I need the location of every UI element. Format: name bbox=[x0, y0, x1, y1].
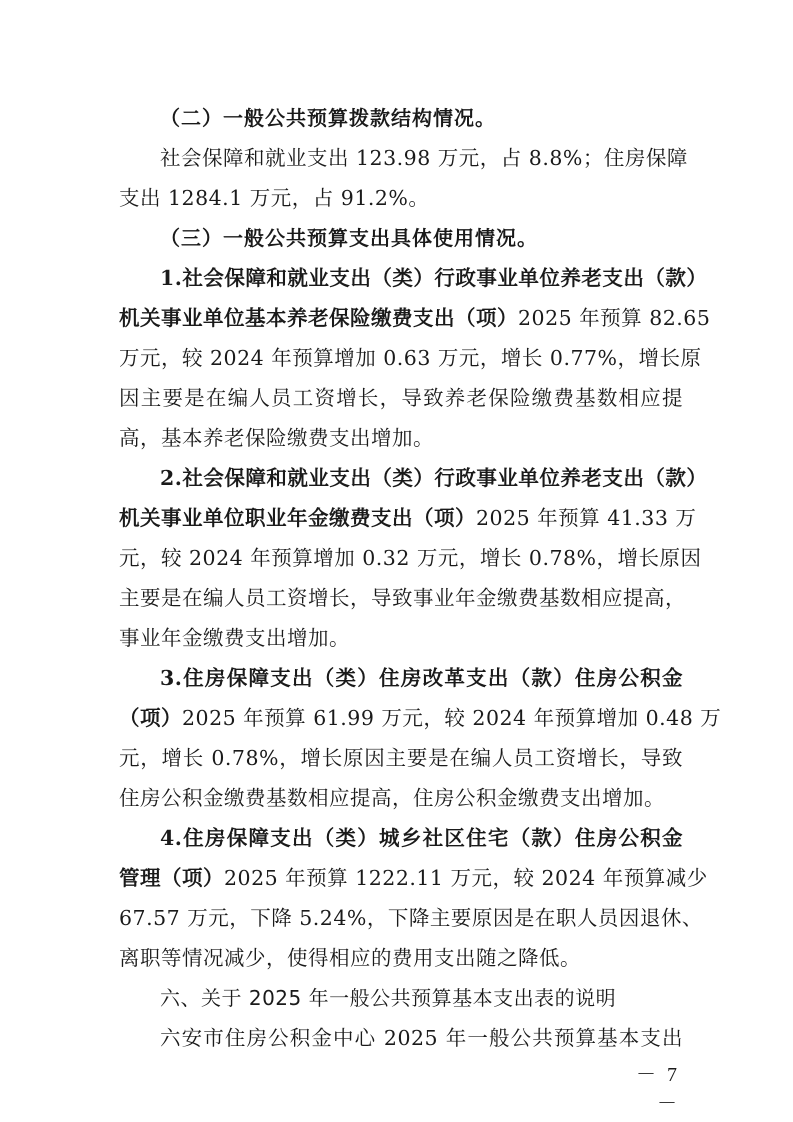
item-4-budget: 2025 年预算 1222.11 万元，较 2024 年预算减少 bbox=[224, 866, 708, 890]
paragraph-line: 事业年金缴费支出增加。 bbox=[119, 618, 683, 658]
paragraph-line: 因主要是在编人员工资增长，导致养老保险缴费基数相应提 bbox=[119, 378, 683, 418]
item-2-mixed-line: 机关事业单位职业年金缴费支出（项）2025 年预算 41.33 万 bbox=[119, 498, 683, 538]
item-3-budget: 2025 年预算 61.99 万元，较 2024 年预算增加 0.48 万 bbox=[182, 706, 721, 730]
paragraph-line: 67.57 万元，下降 5.24%，下降主要原因是在职人员因退休、 bbox=[119, 898, 683, 938]
item-3-subtitle: （项） bbox=[119, 706, 182, 730]
section-heading-budget-structure: （二）一般公共预算拨款结构情况。 bbox=[160, 98, 683, 138]
item-2-subtitle: 机关事业单位职业年金缴费支出（项） bbox=[119, 506, 476, 530]
item-4-title: 4.住房保障支出（类）城乡社区住宅（款）住房公积金 bbox=[160, 818, 683, 858]
page-number: － 7 － bbox=[610, 1058, 680, 1116]
document-page: （二）一般公共预算拨款结构情况。 社会保障和就业支出 123.98 万元，占 8… bbox=[0, 0, 793, 1122]
paragraph-line: 主要是在编人员工资增长，导致事业年金缴费基数相应提高， bbox=[119, 578, 683, 618]
item-1-budget: 2025 年预算 82.65 bbox=[518, 306, 710, 330]
paragraph-line: 高，基本养老保险缴费支出增加。 bbox=[119, 418, 683, 458]
paragraph-line: 支出 1284.1 万元，占 91.2%。 bbox=[119, 178, 683, 218]
paragraph-line: 社会保障和就业支出 123.98 万元，占 8.8%；住房保障 bbox=[160, 138, 683, 178]
item-3-title: 3.住房保障支出（类）住房改革支出（款）住房公积金 bbox=[160, 658, 683, 698]
paragraph-line: 元，较 2024 年预算增加 0.32 万元，增长 0.78%，增长原因 bbox=[119, 538, 683, 578]
item-1-title: 1.社会保障和就业支出（类）行政事业单位养老支出（款） bbox=[160, 258, 683, 298]
item-1-mixed-line: 机关事业单位基本养老保险缴费支出（项）2025 年预算 82.65 bbox=[119, 298, 683, 338]
paragraph-line: 住房公积金缴费基数相应提高，住房公积金缴费支出增加。 bbox=[119, 778, 683, 818]
section-heading-basic-expenditure-table: 六、关于 2025 年一般公共预算基本支出表的说明 bbox=[160, 978, 683, 1018]
section-heading-expenditure-usage: （三）一般公共预算支出具体使用情况。 bbox=[160, 218, 683, 258]
item-1-subtitle: 机关事业单位基本养老保险缴费支出（项） bbox=[119, 306, 518, 330]
paragraph-line: 离职等情况减少，使得相应的费用支出随之降低。 bbox=[119, 938, 683, 978]
paragraph-line: 六安市住房公积金中心 2025 年一般公共预算基本支出 bbox=[160, 1018, 683, 1058]
item-2-budget: 2025 年预算 41.33 万 bbox=[476, 506, 696, 530]
item-3-mixed-line: （项）2025 年预算 61.99 万元，较 2024 年预算增加 0.48 万 bbox=[119, 698, 683, 738]
item-2-title: 2.社会保障和就业支出（类）行政事业单位养老支出（款） bbox=[160, 458, 683, 498]
paragraph-line: 元，增长 0.78%，增长原因主要是在编人员工资增长，导致 bbox=[119, 738, 683, 778]
paragraph-line: 万元，较 2024 年预算增加 0.63 万元，增长 0.77%，增长原 bbox=[119, 338, 683, 378]
item-4-mixed-line: 管理（项）2025 年预算 1222.11 万元，较 2024 年预算减少 bbox=[119, 858, 683, 898]
item-4-subtitle: 管理（项） bbox=[119, 866, 224, 890]
